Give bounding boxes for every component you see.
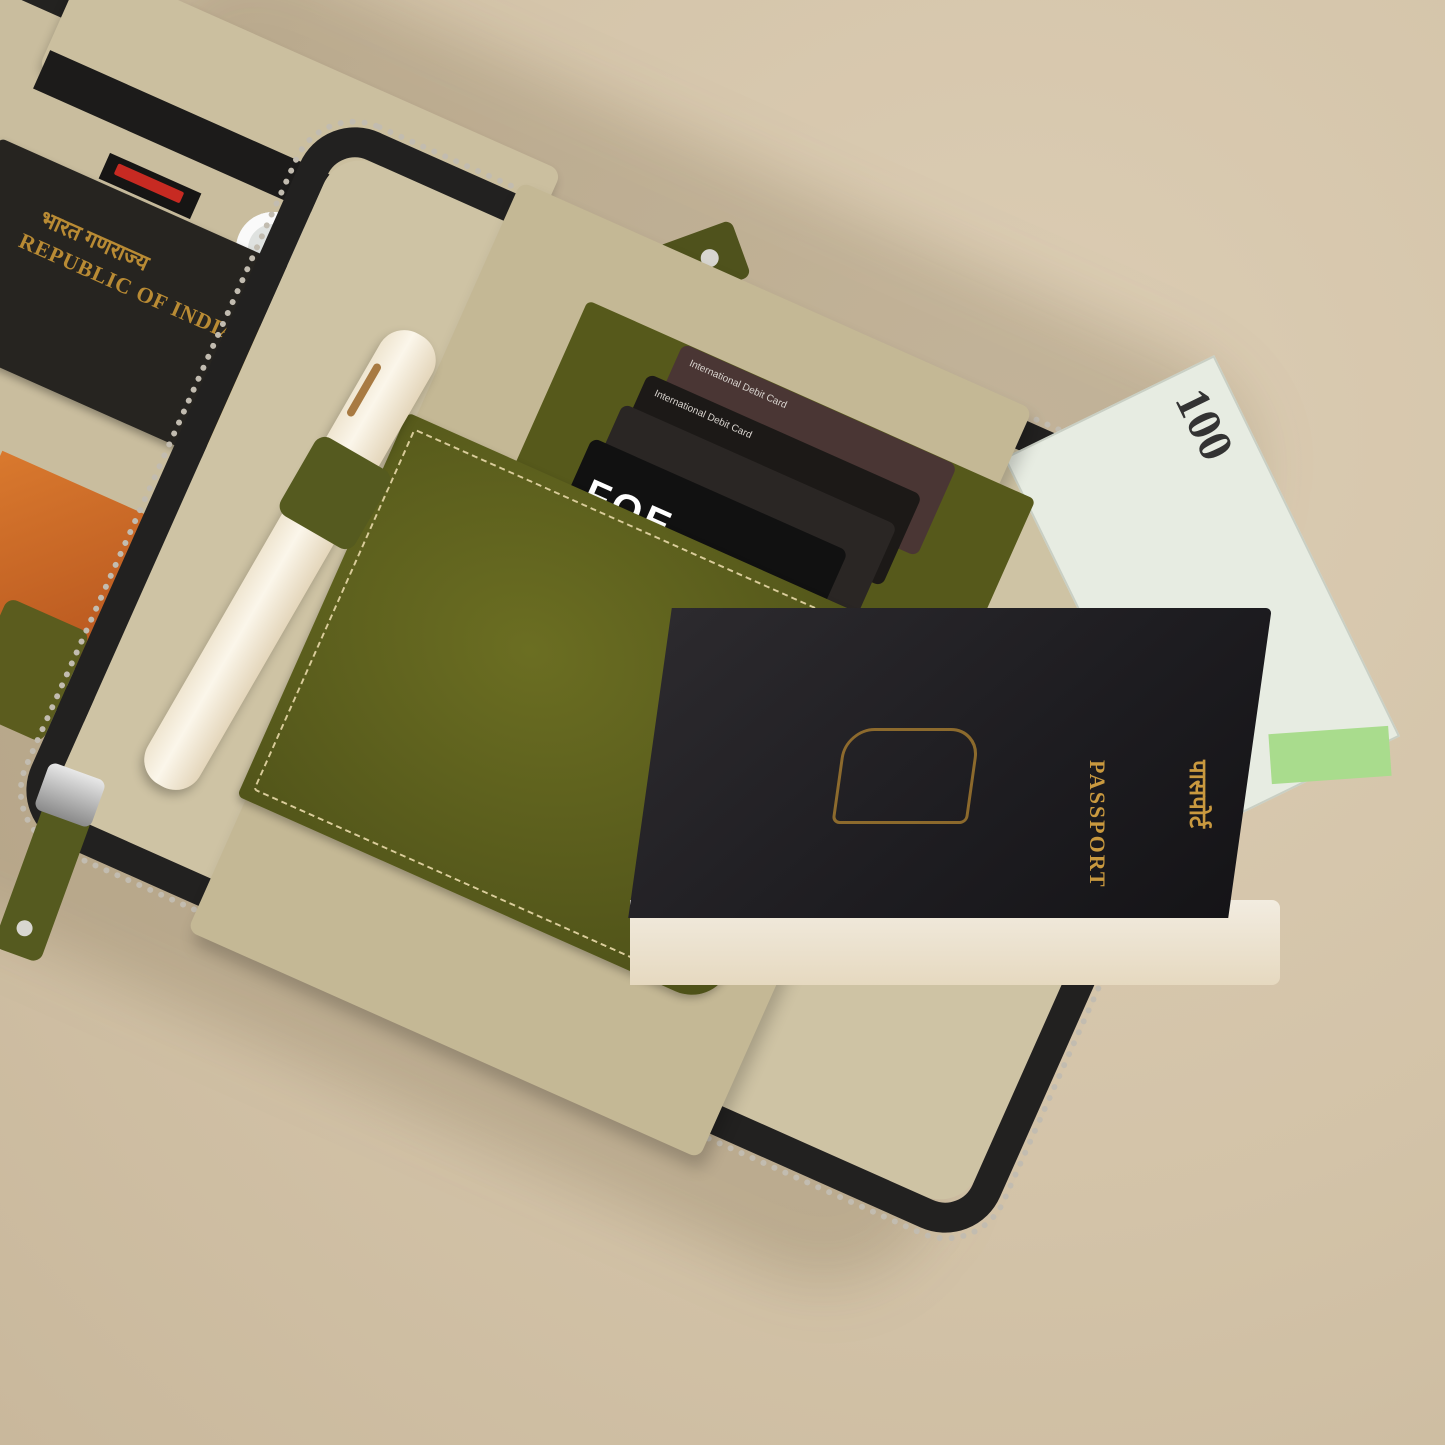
green-banknote <box>1268 726 1391 784</box>
passport-label: PASSPORT <box>1084 760 1110 889</box>
passport-label-hindi: पासपोर्ट <box>1182 760 1215 828</box>
passport <box>628 608 1272 918</box>
national-emblem-icon <box>831 728 980 824</box>
bill-denomination: 100 <box>1164 380 1245 469</box>
